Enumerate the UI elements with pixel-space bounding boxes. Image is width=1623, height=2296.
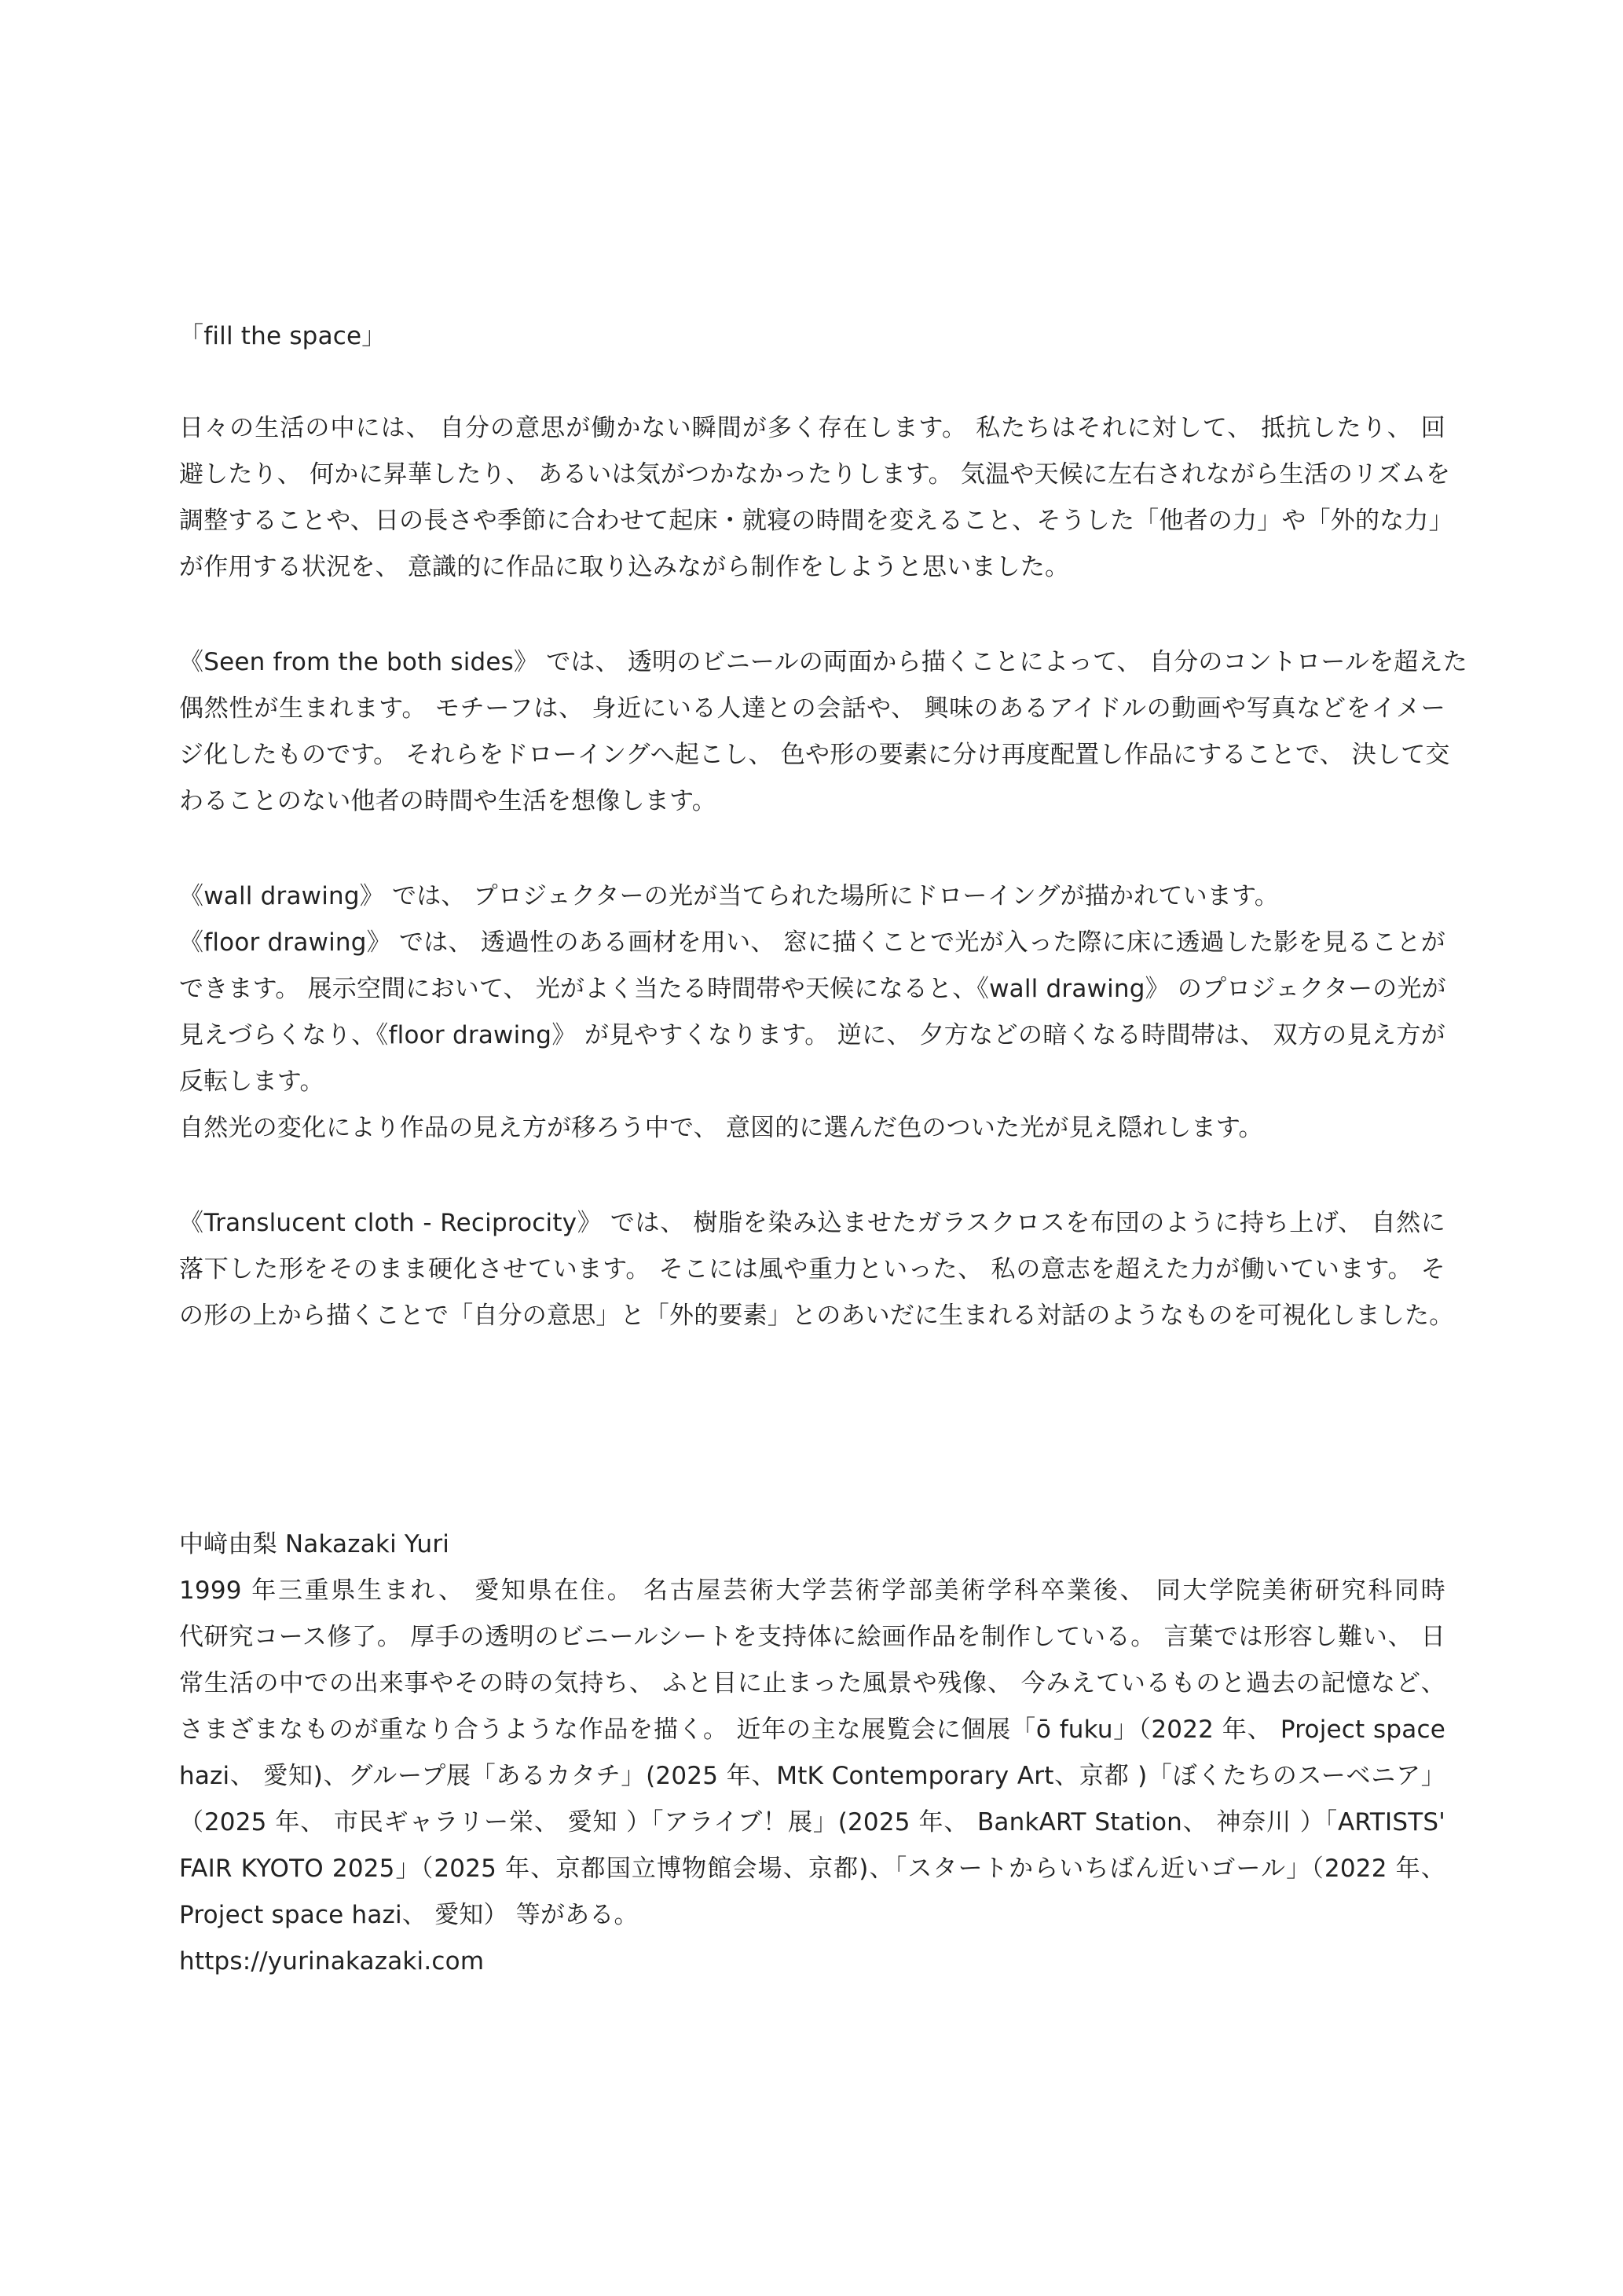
paragraph-line: 《Seen from the both sides》 では、 透明のビニールの両… — [179, 646, 1445, 678]
paragraph-line: ジ化したものです。 それらをドローイングへ起こし、 色や形の要素に分け再度配置し… — [179, 739, 1445, 771]
bio-line: さまざまなものが重なり合うような作品を描く。 近年の主な展覧会に個展「ō fuk… — [179, 1714, 1445, 1745]
paragraph-line: 偶然性が生まれます。 モチーフは、 身近にいる人達との会話や、 興味のあるアイド… — [179, 693, 1445, 724]
paragraph-line: が作用する状況を、 意識的に作品に取り込みながら制作をしようと思いました。 — [179, 551, 1445, 583]
paragraph-line: できます。 展示空間において、 光がよく当たる時間帯や天候になると、《wall … — [179, 973, 1445, 1005]
bio-line: 常生活の中での出来事やその時の気持ち、 ふと目に止まった風景や残像、 今みえてい… — [179, 1668, 1445, 1699]
paragraph-line: の形の上から描くことで「自分の意思」と「外的要素」とのあいだに生まれる対話のよう… — [179, 1300, 1445, 1331]
paragraph-line: 《Translucent cloth - Reciprocity》 では、 樹脂… — [179, 1207, 1445, 1239]
bio-line: Project space hazi、 愛知） 等がある。 — [179, 1899, 1445, 1931]
website-link[interactable]: https://yurinakazaki.com — [179, 1947, 484, 1976]
document-title: 「fill the space」 — [179, 320, 1445, 352]
paragraph-line: 落下した形をそのまま硬化させています。 そこには風や重力といった、 私の意志を超… — [179, 1254, 1445, 1285]
bio-line: 1999 年三重県生まれ、 愛知県在住。 名古屋芸術大学芸術学部美術学科卒業後、… — [179, 1575, 1445, 1606]
paragraph-line: 調整することや、日の長さや季節に合わせて起床・就寝の時間を変えること、そうした「… — [179, 505, 1445, 536]
bio-line: 代研究コース修了。 厚手の透明のビニールシートを支持体に絵画作品を制作している。… — [179, 1621, 1445, 1653]
paragraph-line: 《wall drawing》 では、 プロジェクターの光が当てられた場所にドロー… — [179, 881, 1445, 912]
bio-line: FAIR KYOTO 2025」（2025 年、京都国立博物館会場、京都)、「ス… — [179, 1853, 1445, 1884]
paragraph-line: 自然光の変化により作品の見え方が移ろう中で、 意図的に選んだ色のついた光が見え隠… — [179, 1112, 1445, 1144]
bio-line: （2025 年、 市民ギャラリー栄、 愛知 ）「アライブ！展」(2025 年、 … — [179, 1807, 1445, 1838]
paragraph-line: 反転します。 — [179, 1066, 1445, 1097]
website-link-line: https://yurinakazaki.com — [179, 1946, 1445, 1977]
paragraph-line: 見えづらくなり、《floor drawing》 が見やすくなります。 逆に、 夕… — [179, 1020, 1445, 1051]
paragraph-line: わることのない他者の時間や生活を想像します。 — [179, 785, 1445, 817]
artist-name: 中﨑由梨 Nakazaki Yuri — [179, 1529, 1445, 1560]
paragraph-line: 日々の生活の中には、 自分の意思が働かない瞬間が多く存在します。 私たちはそれに… — [179, 412, 1445, 444]
paragraph-line: 《floor drawing》 では、 透過性のある画材を用い、 窓に描くことで… — [179, 927, 1445, 958]
paragraph-line: 避したり、 何かに昇華したり、 あるいは気がつかなかったりします。 気温や天候に… — [179, 459, 1445, 490]
bio-line: hazi、 愛知)、グループ展「あるカタチ」(2025 年、MtK Contem… — [179, 1760, 1445, 1792]
